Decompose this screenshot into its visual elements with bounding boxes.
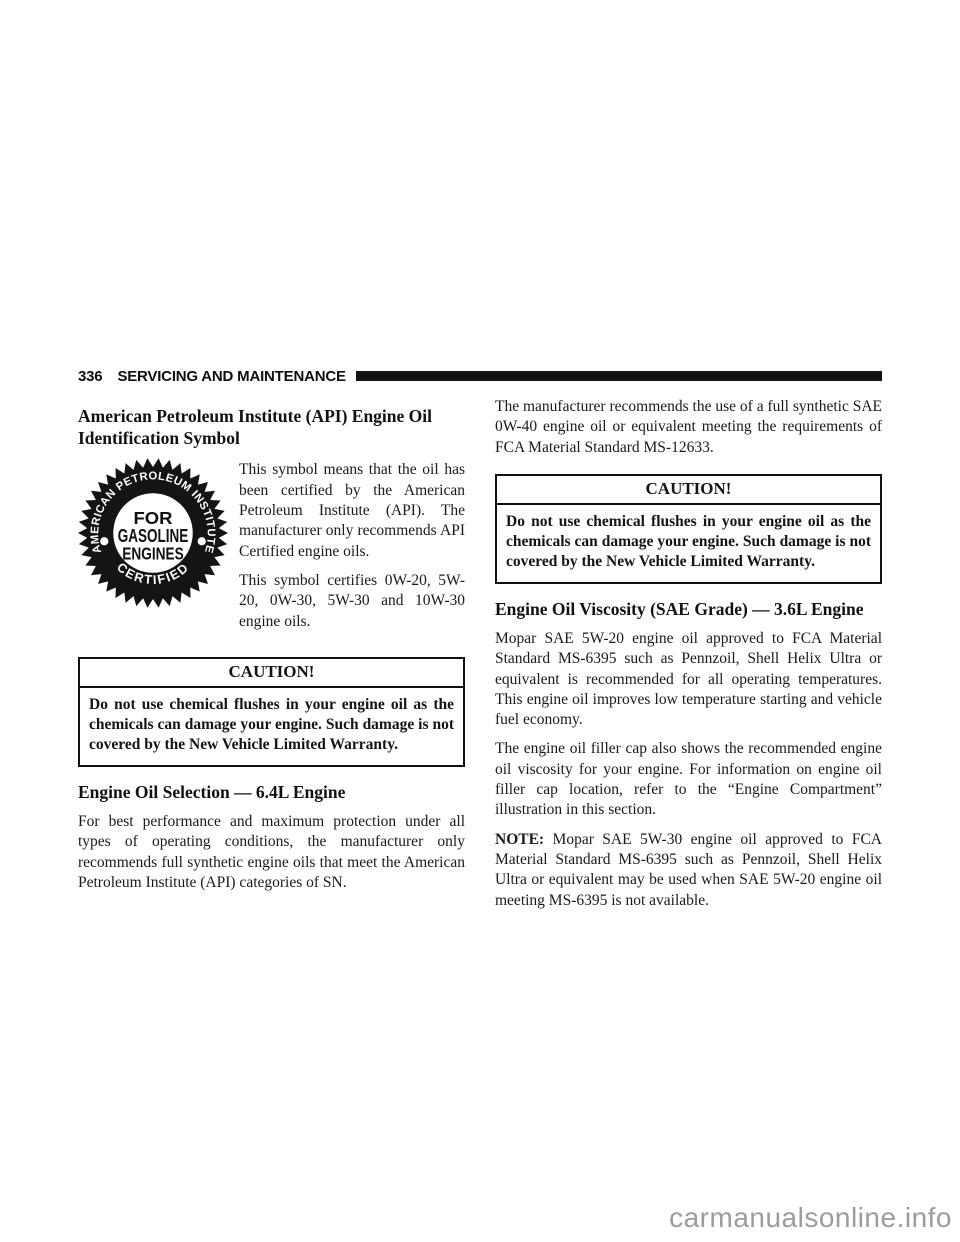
left-column: American Petroleum Institute (API) Engin… — [78, 391, 465, 920]
watermark-text: carmanualsonline.info — [669, 1202, 952, 1234]
heading-oil-viscosity-36l: Engine Oil Viscosity (SAE Grade) — 3.6L … — [495, 598, 882, 620]
caution-body: Do not use chemical flushes in your engi… — [80, 688, 463, 765]
api-symbol-block: AMERICAN PETROLEUM INSTITUTE CERTIFIED F… — [78, 458, 465, 640]
paragraph-synthetic-0w40: The manufacturer recommends the use of a… — [495, 397, 882, 458]
note-label: NOTE: — [495, 831, 544, 848]
heading-api-symbol: American Petroleum Institute (API) Engin… — [78, 405, 465, 449]
header-rule-bar — [356, 371, 882, 381]
caution-body: Do not use chemical flushes in your engi… — [497, 505, 880, 582]
manual-page: { "page": { "header": { "page_number": "… — [0, 0, 960, 1242]
heading-oil-selection-64l: Engine Oil Selection — 6.4L Engine — [78, 781, 465, 803]
page-content: 336 SERVICING AND MAINTENANCE American P… — [78, 367, 882, 920]
caution-box-left: CAUTION! Do not use chemical flushes in … — [78, 657, 465, 767]
paragraph-note: NOTE: Mopar SAE 5W-30 engine oil approve… — [495, 830, 882, 911]
caution-title: CAUTION! — [497, 476, 880, 505]
running-header: 336 SERVICING AND MAINTENANCE — [78, 367, 882, 385]
two-column-layout: American Petroleum Institute (API) Engin… — [78, 391, 882, 920]
right-column: The manufacturer recommends the use of a… — [495, 391, 882, 920]
paragraph-api-grades: This symbol certifies 0W-20, 5W-20, 0W-3… — [239, 571, 465, 632]
api-certification-mark-icon: AMERICAN PETROLEUM INSTITUTE CERTIFIED F… — [78, 458, 228, 608]
caution-title: CAUTION! — [80, 659, 463, 688]
paragraph-filler-cap: The engine oil filler cap also shows the… — [495, 739, 882, 820]
paragraph-oil-selection-64l: For best performance and maximum protect… — [78, 812, 465, 893]
api-symbol-description: This symbol means that the oil has been … — [239, 458, 465, 640]
api-side-dot-left — [100, 538, 108, 546]
page-number: 336 — [78, 368, 102, 385]
paragraph-viscosity-5w20: Mopar SAE 5W-20 engine oil approved to F… — [495, 629, 882, 730]
api-side-dot-right — [198, 538, 206, 546]
paragraph-api-meaning: This symbol means that the oil has been … — [239, 460, 465, 561]
caution-box-right: CAUTION! Do not use chemical flushes in … — [495, 474, 882, 584]
api-center-line-1: FOR — [134, 508, 174, 528]
section-title: SERVICING AND MAINTENANCE — [117, 368, 345, 385]
api-center-line-3: ENGINES — [122, 544, 184, 564]
note-body: Mopar SAE 5W-30 engine oil approved to F… — [495, 831, 882, 909]
